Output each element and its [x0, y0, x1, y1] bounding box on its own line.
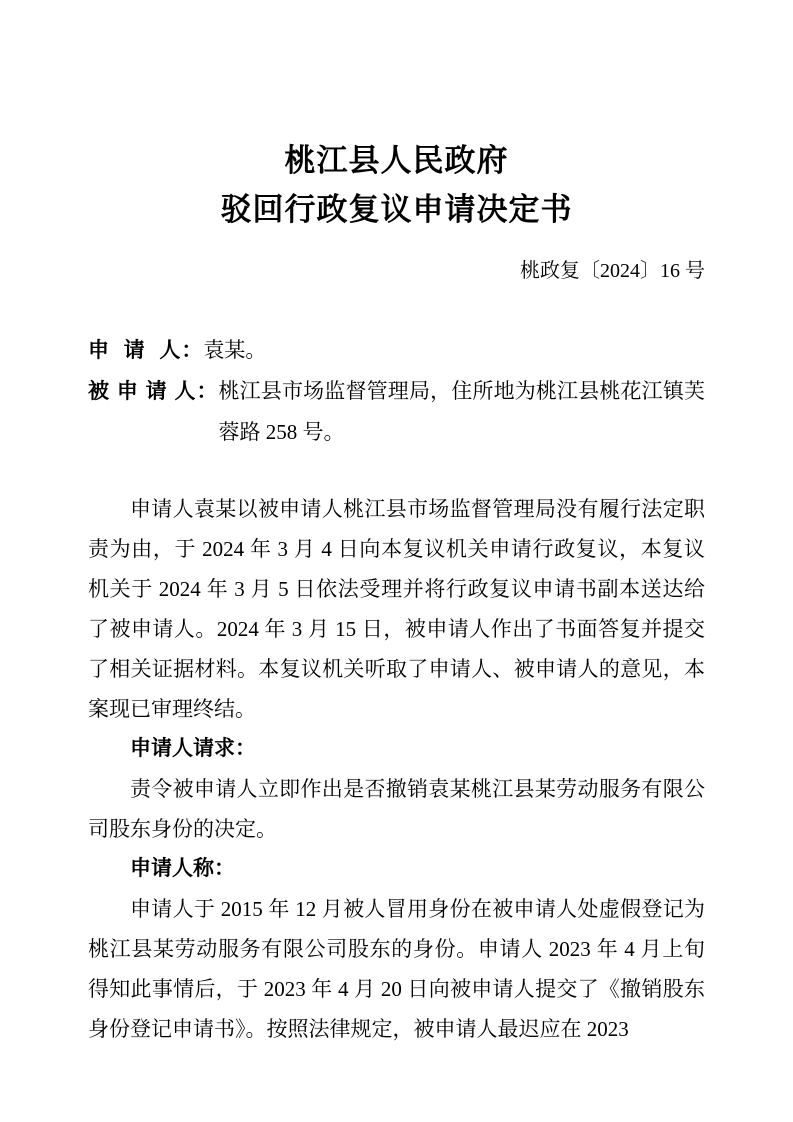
document-title: 桃江县人民政府 驳回行政复议申请决定书 [88, 0, 705, 234]
respondent-label: 被 申 请 人： [88, 371, 219, 412]
applicant-label: 申 请 人： [88, 330, 203, 371]
party-row-applicant: 申 请 人： 袁某。 [88, 330, 705, 371]
heading-applicant-claim: 申请人称： [88, 849, 705, 889]
document-body: 申请人袁某以被申请人桃江县市场监督管理局没有履行法定职责为由，于 2024 年 … [88, 489, 705, 1049]
respondent-value: 桃江县市场监督管理局，住所地为桃江县桃花江镇芙蓉路 258 号。 [219, 371, 705, 453]
document-page: 桃江县人民政府 驳回行政复议申请决定书 桃政复〔2024〕16 号 申 请 人：… [0, 0, 793, 1122]
document-number: 桃政复〔2024〕16 号 [88, 256, 705, 286]
paragraph-claim: 申请人于 2015 年 12 月被人冒用身份在被申请人处虚假登记为桃江县某劳动服… [88, 889, 705, 1049]
document-title-line1: 桃江县人民政府 [88, 136, 705, 185]
party-row-respondent: 被 申 请 人： 桃江县市场监督管理局，住所地为桃江县桃花江镇芙蓉路 258 号… [88, 371, 705, 453]
paragraph-case-process: 申请人袁某以被申请人桃江县市场监督管理局没有履行法定职责为由，于 2024 年 … [88, 489, 705, 729]
paragraph-request: 责令被申请人立即作出是否撤销袁某桃江县某劳动服务有限公司股东身份的决定。 [88, 769, 705, 849]
document-title-line2: 驳回行政复议申请决定书 [88, 185, 705, 234]
heading-applicant-request: 申请人请求： [88, 729, 705, 769]
document-content: 桃江县人民政府 驳回行政复议申请决定书 桃政复〔2024〕16 号 申 请 人：… [0, 0, 793, 1049]
applicant-value: 袁某。 [203, 330, 705, 371]
parties-section: 申 请 人： 袁某。 被 申 请 人： 桃江县市场监督管理局，住所地为桃江县桃花… [88, 330, 705, 453]
